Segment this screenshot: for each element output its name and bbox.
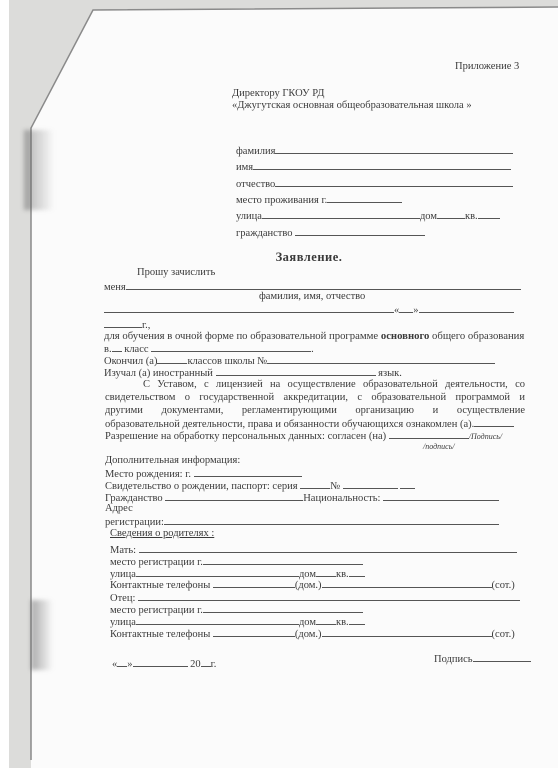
scan-shadow [31, 600, 53, 670]
language-prefix: Изучал (а) иностранный [104, 368, 213, 379]
surname-field[interactable]: фамилия [236, 144, 513, 158]
ack-line-3: другими документами, регламентирующими о… [105, 405, 525, 418]
father-phones-field[interactable]: Контактные телефоны (дом.)(сот.) [110, 627, 515, 641]
signature-caption-upper: /Подпись/ [469, 432, 502, 441]
study-bold: основного [381, 330, 430, 342]
citizenship-label: гражданство [236, 228, 292, 239]
study-suffix: общего образования [429, 330, 524, 342]
appendix-label: Приложение 3 [455, 61, 519, 73]
residence-city-field[interactable]: место проживания г. [236, 193, 402, 207]
me-label: меня [104, 282, 126, 293]
additional-heading: Дополнительная информация: [105, 455, 240, 467]
addressee-line-2: «Джугутская основная общеобразовательная… [232, 100, 472, 112]
addressee-line-1: Директору ГКОУ РД [232, 88, 324, 100]
fio-caption: фамилия, имя, отчество [259, 291, 365, 303]
father-mobile-label: (сот.) [492, 629, 515, 640]
study-program-text: для обучения в очной форме по образовате… [104, 330, 524, 342]
footer-signature-field[interactable]: Подпись [434, 652, 531, 666]
residence-city-label: место проживания г. [236, 195, 327, 206]
study-prefix: для обучения в очной форме по образовате… [104, 330, 381, 342]
mother-home-label: (дом.) [295, 580, 322, 591]
name-label: имя [236, 162, 253, 173]
surname-label: фамилия [236, 146, 275, 157]
father-home-label: (дом.) [295, 629, 322, 640]
language-suffix: язык. [378, 368, 402, 379]
signature-caption-lower: /подпись/ [423, 441, 455, 453]
footer-signature-label: Подпись [434, 654, 473, 665]
street-field[interactable]: улицадомкв. [236, 209, 500, 223]
footer-year-suffix: г. [211, 659, 217, 670]
ack-line-2: свидетельством о государственной аккреди… [105, 392, 525, 405]
footer-date-field[interactable]: «» 20г. [112, 657, 216, 671]
apartment-label: кв. [465, 211, 478, 222]
citizenship-field[interactable]: гражданство [236, 226, 425, 240]
registration-field[interactable]: регистрации: [105, 515, 499, 529]
consent-label: Разрешение на обработку персональных дан… [105, 431, 386, 442]
mother-mobile-label: (сот.) [492, 580, 515, 591]
footer-year-prefix: 20 [190, 659, 201, 670]
mother-phones-field[interactable]: Контактные телефоны (дом.)(сот.) [110, 578, 515, 592]
address-label: Адрес [105, 503, 133, 515]
language-field[interactable]: Изучал (а) иностранный язык. [104, 366, 402, 380]
name-field[interactable]: имя [236, 160, 511, 174]
mother-phones-label: Контактные телефоны [110, 580, 210, 591]
street-label: улица [236, 211, 262, 222]
parents-heading: Сведения о родителях : [110, 528, 214, 540]
father-phones-label: Контактные телефоны [110, 629, 210, 640]
patronymic-label: отчество [236, 179, 275, 190]
scanner-bed-edge [0, 0, 9, 768]
document-title: Заявление. [0, 250, 558, 265]
registration-label: регистрации: [105, 517, 164, 528]
patronymic-field[interactable]: отчество [236, 177, 513, 191]
birth-date-field[interactable]: «» [104, 303, 514, 317]
request-intro: Прошу зачислить [137, 267, 215, 279]
house-label: дом [420, 211, 437, 222]
nationality-label: Национальность: [303, 493, 380, 504]
ack-line-1: С Уставом, с лицензией на осуществление … [105, 379, 525, 392]
scan-shadow [24, 130, 54, 210]
citizenship-nationality-field[interactable]: Гражданство Национальность: [105, 491, 499, 505]
